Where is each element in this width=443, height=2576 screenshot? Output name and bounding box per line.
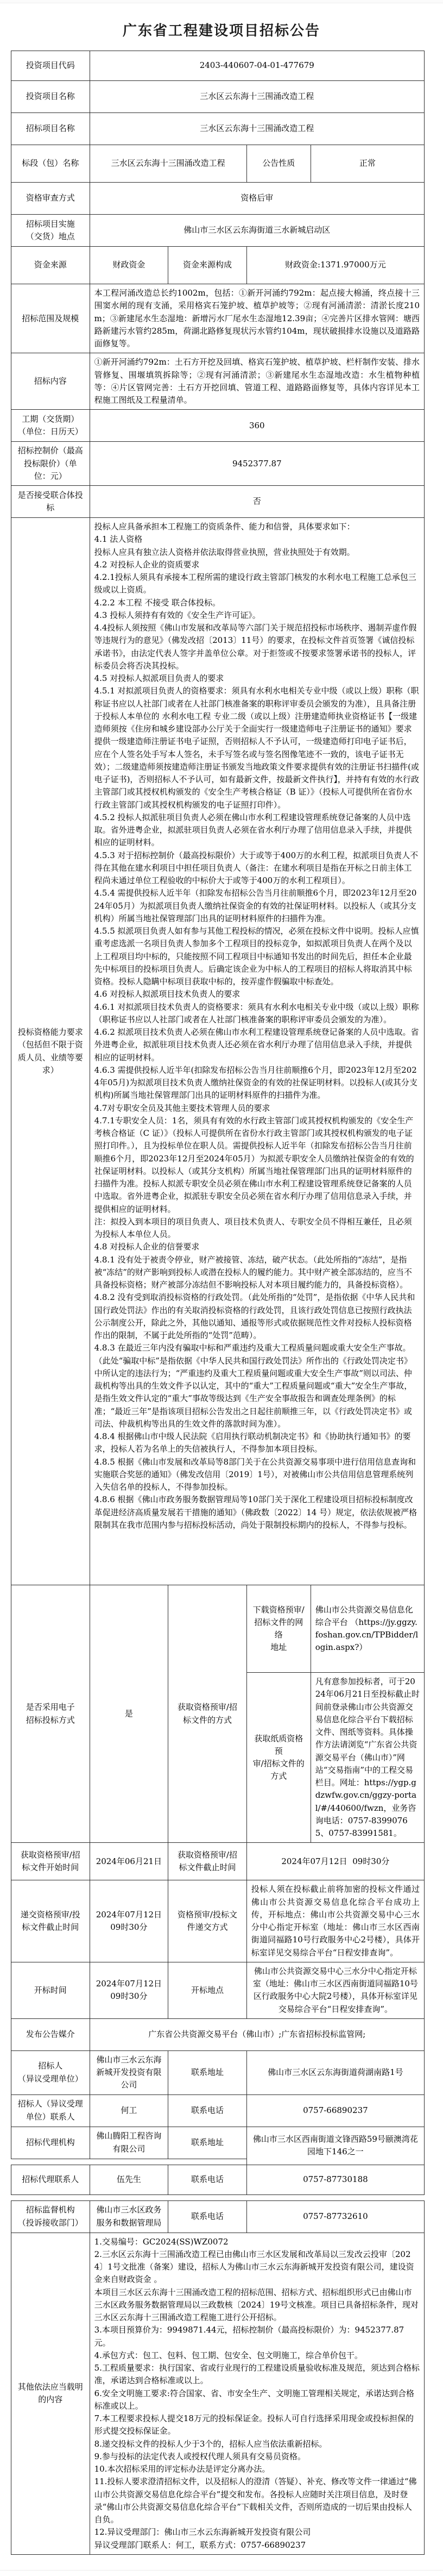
funding-composition-value: 财政资金:1371.97000万元 xyxy=(246,247,424,284)
other-value: 1.交易编号：GC2024(SS)WZ0072 2.三水区云东海十三围涌改造工程… xyxy=(90,2233,424,2554)
bid-opening-place-value: 佛山市公共资源交易中心三水分中心指定开标室（地址：佛山市三水区西南街道同福路10… xyxy=(246,1962,424,2018)
location-label: 招标项目实施 （交货）地点 xyxy=(11,215,90,247)
supervisor-phone-value: 0757-87732610 xyxy=(246,2200,424,2233)
qualification-method-value: 资格后审 xyxy=(90,183,424,215)
e-bidding-value: 是 xyxy=(90,1585,168,1843)
notice-nature-value: 正常 xyxy=(311,145,424,183)
row-funding: 资金来源 财政资金 资金来源构成 财政资金:1371.97000万元 xyxy=(11,247,425,284)
obtain-method-label: 获取资格预审/招 标文件的方式 xyxy=(168,1585,247,1843)
row-media: 发布公告媒介 广东省公共资源交易平台（佛山市）;广东省招标投标监管网; xyxy=(11,2018,425,2050)
bid-opening-time-value: 2024年07月12日09时30分 xyxy=(90,1962,168,2018)
row-duration: 工期（交货期） （单位：日历天） 360 xyxy=(11,410,425,442)
tender-name-value: 三水区云东海十三围涌改造工程 xyxy=(90,113,424,145)
spacer-cell xyxy=(11,2159,247,2165)
e-bidding-label: 是否采用电子 招标投标方式 xyxy=(11,1585,90,1843)
consortium-value: 否 xyxy=(90,486,424,518)
paper-obtain-value: 凡有意参加投标者，可于2024年06月21日至投标截止时间前登录佛山市公共资源交… xyxy=(311,1673,424,1843)
tenderer-phone-value: 0757-66890237 xyxy=(246,2094,424,2127)
submission-method-label: 资格预审/投标文 件递交方式 xyxy=(168,1880,247,1962)
row-tender-name: 招标项目名称 三水区云东海十三围涌改造工程 xyxy=(11,113,425,145)
doc-obtain-end-value: 2024年07月12日 09时30分 xyxy=(246,1843,424,1880)
funding-composition-label: 资金来源构成 xyxy=(168,247,247,284)
tenderer-addr-value: 佛山市三水区云东海街道荷湖南路1号 xyxy=(246,2050,424,2094)
price-ceiling-value: 9452377.87 xyxy=(90,442,424,486)
section-name-value: 三水区云东海十三围涌改造工程 xyxy=(90,145,246,183)
row-project-code: 投资项目代码 2403-440607-04-01-477679 xyxy=(11,51,425,81)
row-qualification-requirements: 投标资格能力要求 （包括但不限于资 质人员、业绩等要 求） 投标人应具备承担本工… xyxy=(11,518,425,1585)
price-ceiling-label: 招标控制价（最高 投标限价）（单 位：元） xyxy=(11,442,90,486)
row-tenderer: 招标人 （异议受理单位） 佛山市三水云东海新城开发投资有限公司 联系地址 佛山市… xyxy=(11,2050,425,2094)
row-content: 招标内容 ①新开河涌约792m：土石方开挖及回填、格宾石笼护坡、植草护坡、栏杆制… xyxy=(11,353,425,410)
notice-nature-label: 公告性质 xyxy=(246,145,311,183)
invest-name-value: 三水区云东海十三围涌改造工程 xyxy=(90,81,424,113)
row-spacer xyxy=(11,2194,425,2200)
row-other: 其他依法应当载明 的内容 1.交易编号：GC2024(SS)WZ0072 2.三… xyxy=(11,2233,425,2554)
tenderer-label: 招标人 （异议受理单位） xyxy=(11,2050,90,2094)
bid-opening-time-label: 开标时间 xyxy=(11,1962,90,2018)
tenderer-addr-label: 联系地址 xyxy=(168,2050,247,2094)
content-value: ①新开河涌约792m：土石方开挖及回填、格宾石笼护坡、植草护坡、栏杆制作安装、排… xyxy=(90,353,424,410)
content-label: 招标内容 xyxy=(11,353,90,410)
submission-method-value: 投标人须在投标截止前将加密的投标文件通过佛山市公共资源交易信息化综合平台成功上传… xyxy=(246,1880,424,1962)
media-value: 广东省公共资源交易平台（佛山市）;广东省招标投标监管网; xyxy=(90,2018,424,2050)
download-url-label: 下载资格预审/ 招标文件的网络 地址 xyxy=(246,1585,311,1673)
supervisor-value: 佛山市三水区政务 服务和数据管理局 xyxy=(90,2200,168,2233)
funding-value: 财政资金 xyxy=(90,247,168,284)
row-submission: 递交资格预审/投 标文件截止时间 2024年07月12日09时30分 资格预审/… xyxy=(11,1880,425,1962)
media-label: 发布公告媒介 xyxy=(11,2018,90,2050)
section-name-label: 标段（包）名称 xyxy=(11,145,90,183)
doc-obtain-start-value: 2024年06月21日 xyxy=(90,1843,168,1880)
qualification-method-label: 资格审查方式 xyxy=(11,183,90,215)
submission-deadline-value: 2024年07月12日09时30分 xyxy=(90,1880,168,1962)
qualification-requirements-value: 投标人应具备承担本工程施工的资质条件、能力和信誉，具体要求如下： 4.1 法人资… xyxy=(90,518,424,1585)
row-doc-obtain-time: 获取资格预审/招 标文件开始时间 2024年06月21日 获取资格预审/招 标文… xyxy=(11,1843,425,1880)
doc-obtain-end-label: 获取资格预审/招 标文件截止时间 xyxy=(168,1843,247,1880)
row-qualification-method: 资格审查方式 资格后审 xyxy=(11,183,425,215)
consortium-label: 是否接受联合体投 标 xyxy=(11,486,90,518)
agency-contact-label: 招标代理联系人 xyxy=(11,2165,90,2194)
agency-phone-value: 0757-87730188 xyxy=(246,2165,424,2194)
browser-top-edge xyxy=(0,0,443,3)
row-supervisor: 招标监督机构 （投诉接收部门） 佛山市三水区政务 服务和数据管理局 联系电话 0… xyxy=(11,2200,425,2233)
page-bottom-padding xyxy=(0,2571,443,2576)
tenderer-value: 佛山市三水云东海新城开发投资有限公司 xyxy=(90,2050,168,2094)
row-agency-contact: 招标代理联系人 伍先生 联系电话 0757-87730188 xyxy=(11,2165,425,2194)
supervisor-phone-label: 联系电话 xyxy=(168,2200,247,2233)
agency-value: 佛山腾阳工程咨询 有限公司 xyxy=(90,2127,168,2159)
paper-obtain-label: 获取纸质资格预 审/招标文件的 方式 xyxy=(246,1673,311,1843)
row-section-name: 标段（包）名称 三水区云东海十三围涌改造工程 公告性质 正常 xyxy=(11,145,425,183)
row-consortium: 是否接受联合体投 标 否 xyxy=(11,486,425,518)
tenderer-phone-label: 联系电话 xyxy=(168,2094,247,2127)
duration-value: 360 xyxy=(90,410,424,442)
supervisor-label: 招标监督机构 （投诉接收部门） xyxy=(11,2200,90,2233)
row-bid-opening: 开标时间 2024年07月12日09时30分 开标地点 佛山市公共资源交易中心三… xyxy=(11,1962,425,2018)
qualification-requirements-label: 投标资格能力要求 （包括但不限于资 质人员、业绩等要 求） xyxy=(11,518,90,1585)
tender-name-label: 招标项目名称 xyxy=(11,113,90,145)
row-location: 招标项目实施 （交货）地点 佛山市三水区云东海街道三水新城启动区 xyxy=(11,215,425,247)
agency-contact-value: 伍先生 xyxy=(90,2165,168,2194)
row-agency: 招标代理机构 佛山腾阳工程咨询 有限公司 联系地址 佛山市三水区西南街道文锋西路… xyxy=(11,2127,425,2159)
tenderer-contact-value: 何工 xyxy=(90,2094,168,2127)
submission-deadline-label: 递交资格预审/投 标文件截止时间 xyxy=(11,1880,90,1962)
invest-name-label: 投资项目名称 xyxy=(11,81,90,113)
other-label: 其他依法应当载明 的内容 xyxy=(11,2233,90,2554)
scope-value: 本工程河涌改造总长约1002m，包括：①新开河涌约792m：起点接大棉涌，终点接… xyxy=(90,284,424,353)
duration-label: 工期（交货期） （单位：日历天） xyxy=(11,410,90,442)
funding-label: 资金来源 xyxy=(11,247,90,284)
row-tenderer-contact: 招标人（异议受理 单位）联系人 何工 联系电话 0757-66890237 xyxy=(11,2094,425,2127)
doc-obtain-start-label: 获取资格预审/招 标文件开始时间 xyxy=(11,1843,90,1880)
bid-opening-place-label: 开标地点 xyxy=(168,1962,247,2018)
agency-addr-value: 佛山市三水区西南街道文锋西路59号颐澳湾花园地下146之一 xyxy=(246,2127,424,2165)
tender-announcement-table: 投资项目代码 2403-440607-04-01-477679 投资项目名称 三… xyxy=(11,51,425,2555)
row-scope: 招标范围及规模 本工程河涌改造总长约1002m，包括：①新开河涌约792m：起点… xyxy=(11,284,425,353)
row-e-bidding-download: 是否采用电子 招标投标方式 是 获取资格预审/招 标文件的方式 下载资格预审/ … xyxy=(11,1585,425,1673)
scope-label: 招标范围及规模 xyxy=(11,284,90,353)
row-price-ceiling: 招标控制价（最高 投标限价）（单 位：元） 9452377.87 xyxy=(11,442,425,486)
project-code-label: 投资项目代码 xyxy=(11,51,90,81)
download-url-value: 佛山市公共资源交易信息化综合平台 （https://jy.ggzy.foshan… xyxy=(311,1585,424,1673)
row-invest-name: 投资项目名称 三水区云东海十三围涌改造工程 xyxy=(11,81,425,113)
location-value: 佛山市三水区云东海街道三水新城启动区 xyxy=(90,215,424,247)
project-code-value: 2403-440607-04-01-477679 xyxy=(90,51,424,81)
spacer-cell xyxy=(11,2194,425,2200)
agency-phone-label: 联系电话 xyxy=(168,2165,247,2194)
agency-label: 招标代理机构 xyxy=(11,2127,90,2159)
page-title: 广东省工程建设项目招标公告 xyxy=(0,20,443,40)
tenderer-contact-label: 招标人（异议受理 单位）联系人 xyxy=(11,2094,90,2127)
agency-addr-label: 联系地址 xyxy=(168,2127,247,2159)
